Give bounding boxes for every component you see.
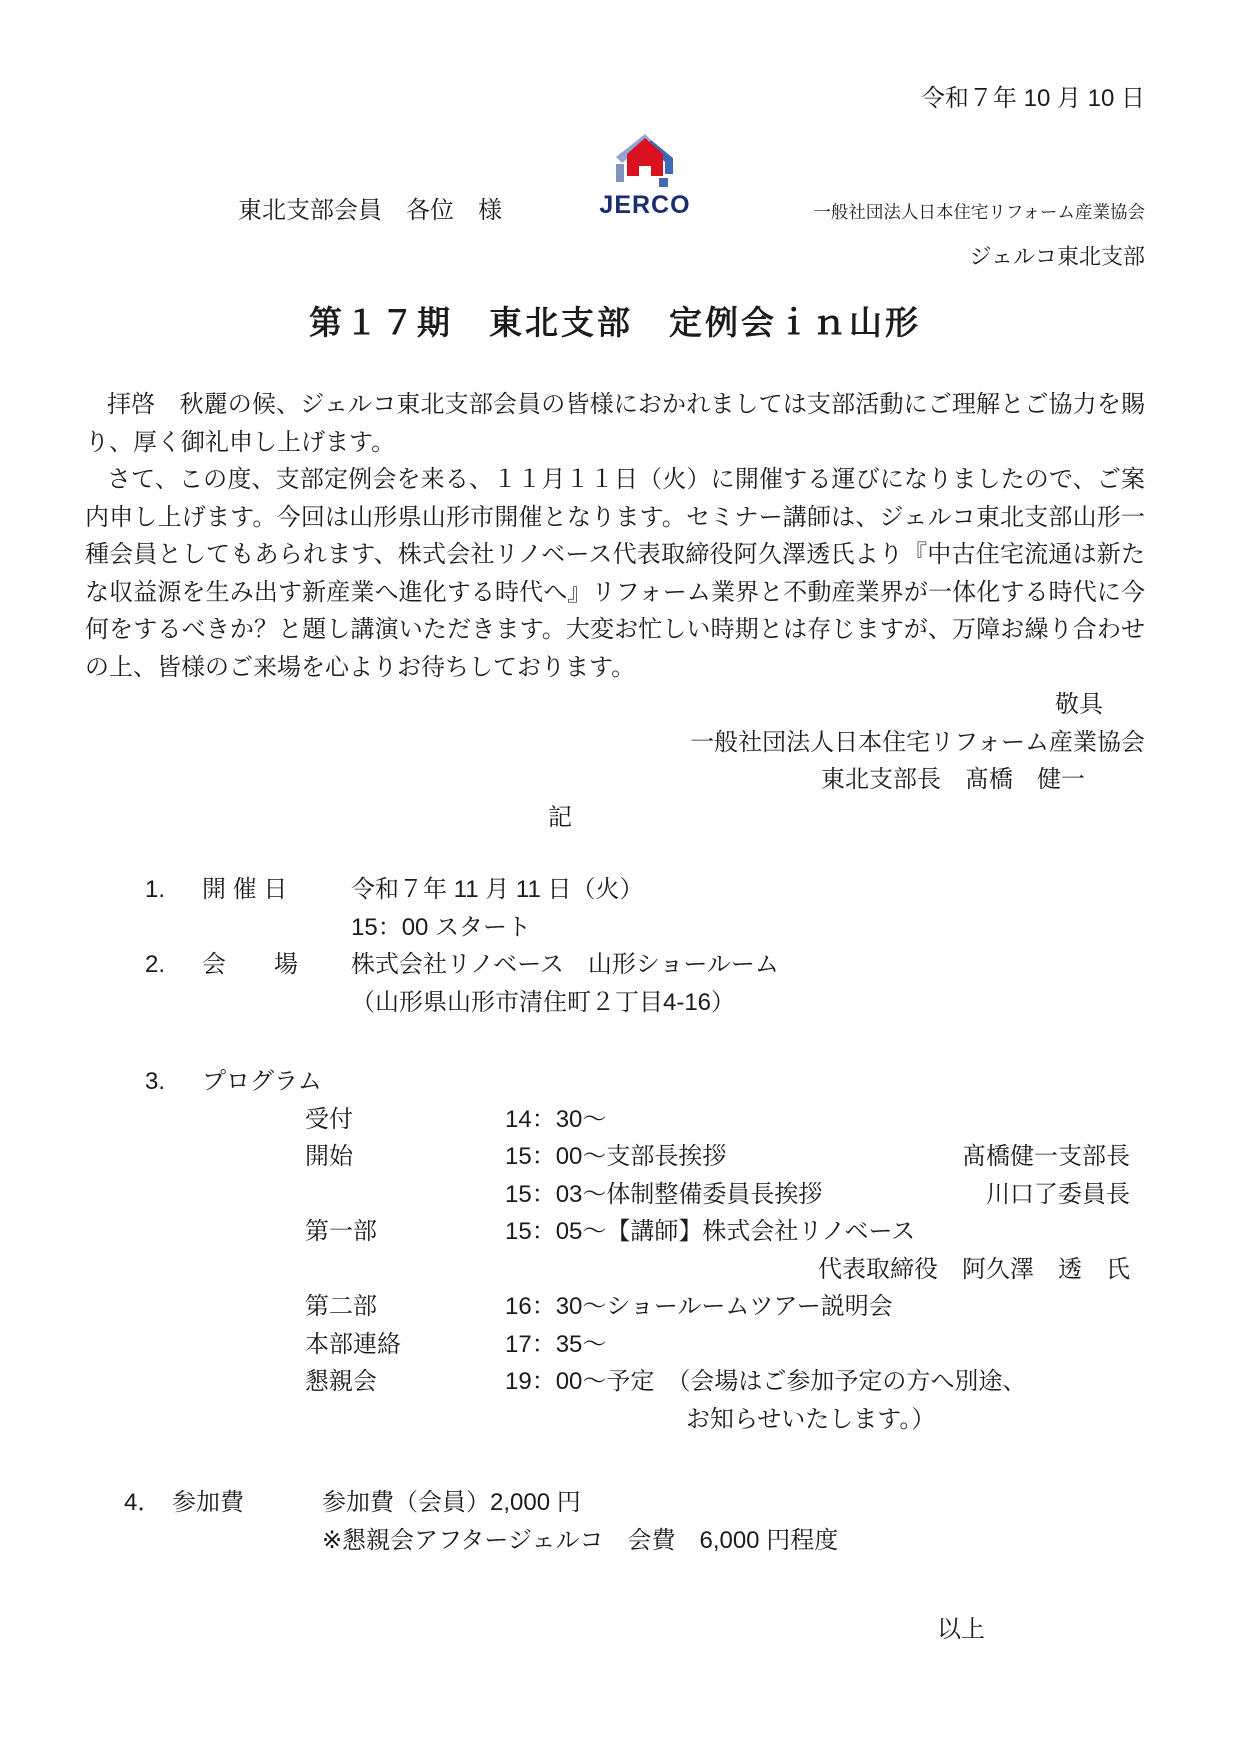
program-row: お知らせいたします。） xyxy=(85,1401,1145,1439)
addressee-text: 東北支部会員 各位 様 xyxy=(238,192,502,230)
doc-title: 第１７期 東北支部 定例会ｉｎ山形 xyxy=(85,303,1145,343)
logo-bottom-square-shape xyxy=(659,178,668,187)
program-label: 本部連絡 xyxy=(305,1326,505,1364)
document-page: 令和７年 10 月 10 日 東北支部会員 各位 様 JERCO 一般社団法人日… xyxy=(0,0,1240,1754)
closing-text: 以上 xyxy=(85,1611,1145,1649)
program-speaker: 代表取締役 阿久澤 透 氏 xyxy=(818,1251,1145,1289)
letter-header: 令和７年 10 月 10 日 東北支部会員 各位 様 JERCO 一般社団法人日… xyxy=(85,0,1145,386)
program-label xyxy=(305,1251,505,1289)
program-time: 14：30～ xyxy=(505,1101,606,1139)
program-row: 第二部 16：30～ショールームツアー説明会 xyxy=(85,1288,1145,1326)
program-time: 19：00～予定 （会場はご参加予定の方へ別途、 xyxy=(505,1363,1026,1401)
program-row: 第一部 15：05～【講師】株式会社リノベース xyxy=(85,1213,1145,1251)
item-number: 4． xyxy=(124,1484,172,1522)
program-label: 受付 xyxy=(305,1101,505,1139)
item-program: 3. プログラム xyxy=(85,1063,1145,1101)
program-name: 川口了委員長 xyxy=(986,1176,1145,1214)
program-row: 本部連絡 17：35～ xyxy=(85,1326,1145,1364)
item-label: 会 場 xyxy=(202,946,351,984)
program-row: 懇親会 19：00～予定 （会場はご参加予定の方へ別途、 xyxy=(85,1363,1145,1401)
program-note: お知らせいたします。） xyxy=(686,1401,935,1439)
item-event-date: 1. 開 催 日 令和７年 11 月 11 日（火） xyxy=(85,871,1145,909)
fee-note-line: ※懇親会アフタージェルコ 会費 6,000 円程度 xyxy=(322,1522,1145,1560)
program-row: 15：03～体制整備委員長挨拶 川口了委員長 xyxy=(85,1176,1145,1214)
item-label: プログラム xyxy=(202,1063,351,1101)
program-row: 受付 14：30～ xyxy=(85,1101,1145,1139)
ki-marker: 記 xyxy=(85,799,1145,837)
keigu-text: 敬具 xyxy=(85,686,1145,724)
item-value: 株式会社リノベース 山形ショールーム xyxy=(351,946,1145,984)
date-text: 令和７年 10 月 10 日 xyxy=(921,80,1145,118)
program-name: 髙橋健一支部長 xyxy=(962,1138,1145,1176)
item-venue: 2. 会 場 株式会社リノベース 山形ショールーム xyxy=(85,946,1145,984)
program-time: 15：05～【講師】株式会社リノベース xyxy=(505,1213,915,1251)
program-label: 第二部 xyxy=(305,1288,505,1326)
greeting-paragraph: 拝啓 秋麗の候、ジェルコ東北支部会員の皆様におかれましては支部活動にご理解とご協… xyxy=(85,386,1145,461)
program-time: 15：00～支部長挨拶 xyxy=(505,1138,726,1176)
program-label: 開始 xyxy=(305,1138,505,1176)
jerco-logo-text: JERCO xyxy=(585,192,705,219)
jerco-logo-icon xyxy=(613,128,677,192)
item-label: 開 催 日 xyxy=(202,871,351,909)
branch-name-text: ジェルコ東北支部 xyxy=(969,238,1145,276)
program-row: 開始 15：00～支部長挨拶 髙橋健一支部長 xyxy=(85,1138,1145,1176)
org-name-text: 一般社団法人日本住宅リフォーム産業協会 xyxy=(813,200,1145,224)
logo-house-door-shape xyxy=(639,166,651,176)
program-label: 懇親会 xyxy=(305,1363,505,1401)
program-time: 16：30～ショールームツアー説明会 xyxy=(505,1288,893,1326)
logo-left-bar-shape xyxy=(616,164,624,182)
event-start-time: 15：00 スタート xyxy=(351,909,1145,947)
program-row: 代表取締役 阿久澤 透 氏 xyxy=(85,1251,1145,1289)
program-time: 15：03～体制整備委員長挨拶 xyxy=(505,1176,822,1214)
venue-address-line: （山形県山形市清住町２丁目4-16） xyxy=(351,984,1145,1022)
program-label xyxy=(305,1176,505,1214)
item-fee: 4． 参加費 参加費（会員）2,000 円 xyxy=(85,1484,1145,1522)
item-number: 3. xyxy=(145,1063,202,1101)
item-number: 2. xyxy=(145,946,202,984)
jerco-logo: JERCO xyxy=(585,128,705,219)
signature-org-text: 一般社団法人日本住宅リフォーム産業協会 xyxy=(85,724,1145,762)
item-value: 参加費（会員）2,000 円 xyxy=(322,1484,1145,1522)
item-label: 参加費 xyxy=(172,1484,322,1522)
item-value: 令和７年 11 月 11 日（火） xyxy=(351,871,1145,909)
signature-person-text: 東北支部長 髙橋 健一 xyxy=(85,761,1145,799)
item-number: 1. xyxy=(145,871,202,909)
program-table: 受付 14：30～ 開始 15：00～支部長挨拶 髙橋健一支部長 15：03～体… xyxy=(85,1101,1145,1439)
program-label: 第一部 xyxy=(305,1213,505,1251)
program-time: 17：35～ xyxy=(505,1326,606,1364)
main-paragraph: さて、この度、支部定例会を来る、１１月１１日（火）に開催する運びになりましたので… xyxy=(85,461,1145,686)
